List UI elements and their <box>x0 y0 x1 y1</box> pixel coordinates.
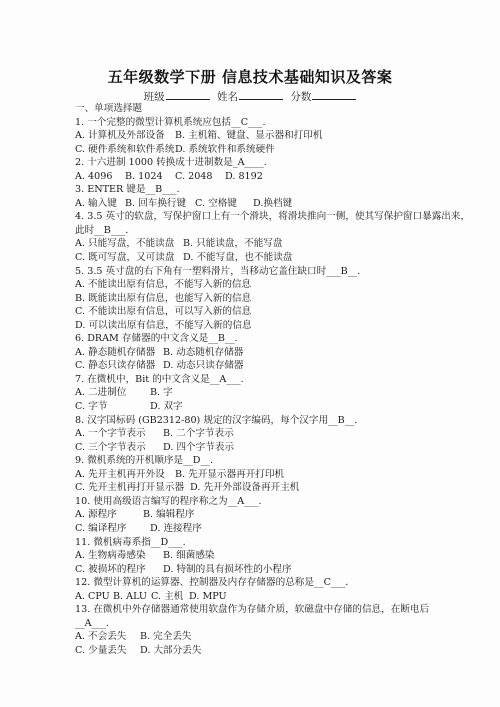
question-text: 微型计算机的运算器、控制器及内存存储器的总称是__C___. <box>93 577 348 588</box>
answer-option: C. 被损坏的程序 <box>75 563 163 577</box>
option-row: B. 既能读出原有信息，也能写入新的信息 <box>75 292 485 306</box>
answer-option: D. 可以读出原有信息，不能写入新的信息 <box>75 319 252 333</box>
option-row: C. 硬件系统和软件系统D. 系统软件和系统硬件 <box>75 143 485 157</box>
answer-option: D. MPU <box>189 590 227 604</box>
answer-option: A. 只能写盘，不能读盘 <box>75 237 183 251</box>
answer-option: C. 字节 <box>75 400 150 414</box>
question-stem: 6. DRAM 存储器的中文含义是__B__. <box>75 332 485 346</box>
question-number: 11. <box>75 537 90 548</box>
question-stem: 1. 一个完整的微型计算机系统应包括__C___. <box>75 116 485 130</box>
question-number: 5. <box>75 266 84 277</box>
answer-option: C. 2048 <box>175 170 225 184</box>
option-row: C. 字节D. 双字 <box>75 400 485 414</box>
answer-option: A. 源程序 <box>75 508 143 522</box>
option-row: A. 计算机及外部设备B. 主机箱、键盘、显示器和打印机 <box>75 129 485 143</box>
question-text-continued: __A___. <box>75 617 485 631</box>
question-number: 6. <box>75 333 84 344</box>
question-number: 4. <box>75 211 84 222</box>
document-title: 五年级数学下册 信息技术基础知识及答案 <box>0 66 500 87</box>
answer-option: D. 四个字节表示 <box>163 441 234 455</box>
answer-option: B. 二个字节表示 <box>163 427 234 441</box>
question-stem: 13. 在微机中外存储器通常使用软盘作为存储介质，软磁盘中存储的信息，在断电后 <box>75 603 485 617</box>
question-number: 12. <box>75 577 90 588</box>
question-text: ENTER 键是__B___. <box>87 184 179 195</box>
answer-option: D. 特制的具有损坏性的小程序 <box>163 563 292 577</box>
answer-option: A. 二进制位 <box>75 386 150 400</box>
answer-option: D. 连接程序 <box>150 522 202 536</box>
question-number: 1. <box>75 117 84 128</box>
answer-option: C. 不能读出原有信息，可以写入新的信息 <box>75 305 251 319</box>
answer-option: B. 字 <box>150 386 173 400</box>
option-row: C. 编译程序D. 连接程序 <box>75 522 485 536</box>
answer-option: D. 不能写盘，也不能读盘 <box>183 251 292 265</box>
answer-option: D. 大部分丢失 <box>140 644 201 658</box>
option-row: C. 既可写盘，又可读盘D. 不能写盘，也不能读盘 <box>75 251 485 265</box>
question-text: 使用高级语言编写的程序称之为__A___. <box>93 496 261 507</box>
answer-option: D. 双字 <box>150 400 183 414</box>
option-row: C. 先开主机再打开显示器D. 先开外部设备再开主机 <box>75 481 485 495</box>
answer-option: A. 4096 <box>75 170 125 184</box>
question-stem: 12. 微型计算机的运算器、控制器及内存存储器的总称是__C___. <box>75 576 485 590</box>
answer-option: B. 编辑程序 <box>143 508 195 522</box>
question-number: 9. <box>75 455 84 466</box>
answer-option: B. 先开显示器再开打印机 <box>175 468 284 482</box>
question-stem: 8. 汉字国标码 (GB2312-80) 规定的汉字编码，每个汉字用__B__. <box>75 414 485 428</box>
answer-option: A. 生物病毒感染 <box>75 549 163 563</box>
option-row: A. 输入键B. 回车换行键C. 空格键D.换档键 <box>75 197 485 211</box>
answer-option: C. 主机 <box>151 590 189 604</box>
answer-option: A. 一个字节表示 <box>75 427 163 441</box>
answer-option: C. 三个字节表示 <box>75 441 163 455</box>
document-page: 五年级数学下册 信息技术基础知识及答案 班级 姓名 分数 一、单项选择题 1. … <box>0 0 500 707</box>
option-row: A. 4096B. 1024C. 2048D. 8192 <box>75 170 485 184</box>
question-stem: 7. 在微机中，Bit 的中文含义是__A___. <box>75 373 485 387</box>
question-number: 13. <box>75 604 90 615</box>
option-row: A. CPUB. ALUC. 主机D. MPU <box>75 590 485 604</box>
answer-option: A. CPU <box>75 590 113 604</box>
option-row: C. 静态只读存储器D. 动态只读存储器 <box>75 359 485 373</box>
option-row: C. 不能读出原有信息，可以写入新的信息 <box>75 305 485 319</box>
answer-option: C. 先开主机再打开显示器 <box>75 481 190 495</box>
answer-option: C. 空格键 <box>195 197 253 211</box>
option-row: A. 一个字节表示B. 二个字节表示 <box>75 427 485 441</box>
answer-option: C. 既可写盘，又可读盘 <box>75 251 183 265</box>
answer-option: C. 少量丢失 <box>75 644 140 658</box>
score-blank <box>312 89 356 100</box>
answer-option: C. 静态只读存储器 <box>75 359 163 373</box>
answer-option: B. 动态随机存储器 <box>163 346 243 360</box>
option-row: A. 只能写盘，不能读盘B. 只能读盘，不能写盘 <box>75 237 485 251</box>
answer-option: B. 细菌感染 <box>163 549 215 563</box>
answer-option: B. 只能读盘，不能写盘 <box>183 237 283 251</box>
question-stem: 5. 3.5 英寸盘的右下角有一塑料滑片，当移动它盖住缺口时___B__. <box>75 265 485 279</box>
answer-option: D.换档键 <box>253 197 292 211</box>
option-row: A. 生物病毒感染B. 细菌感染 <box>75 549 485 563</box>
question-stem: 4. 3.5 英寸的软盘，写保护窗口上有一个滑块，将滑块推向一侧，使其写保护窗口… <box>75 210 485 224</box>
question-text: 微机系统的开机顺序是__D__. <box>87 455 213 466</box>
answer-option: D. 动态只读存储器 <box>163 359 244 373</box>
answer-option: D. 先开外部设备再开主机 <box>190 481 299 495</box>
answer-option: B. 完全丢失 <box>140 630 192 644</box>
option-row: A. 静态随机存储器B. 动态随机存储器 <box>75 346 485 360</box>
answer-option: D. 8192 <box>225 170 263 184</box>
answer-option: C. 编译程序 <box>75 522 150 536</box>
option-row: A. 不能读出原有信息，不能写入新的信息 <box>75 278 485 292</box>
question-text: 十六进制 1000 转换成十进制数是_A____. <box>87 157 267 168</box>
answer-option: B. 既能读出原有信息，也能写入新的信息 <box>75 292 251 306</box>
answer-option: A. 不会丢失 <box>75 630 140 644</box>
question-number: 2. <box>75 157 84 168</box>
question-text: 一个完整的微型计算机系统应包括__C___. <box>87 117 265 128</box>
answer-option: A. 先开主机再开外设 <box>75 468 175 482</box>
question-text-continued: 此时__B___. <box>75 224 485 238</box>
option-row: C. 被损坏的程序D. 特制的具有损坏性的小程序 <box>75 563 485 577</box>
answer-option: C. 硬件系统和软件系统 <box>75 143 175 157</box>
question-stem: 2. 十六进制 1000 转换成十进制数是_A____. <box>75 156 485 170</box>
question-number: 7. <box>75 374 84 385</box>
question-text: 在微机中，Bit 的中文含义是__A___. <box>87 374 244 385</box>
question-list: 一、单项选择题 1. 一个完整的微型计算机系统应包括__C___.A. 计算机及… <box>75 102 485 657</box>
question-number: 10. <box>75 496 90 507</box>
question-number: 3. <box>75 184 84 195</box>
question-text: 汉字国标码 (GB2312-80) 规定的汉字编码，每个汉字用__B__. <box>87 415 357 426</box>
option-row: A. 不会丢失B. 完全丢失 <box>75 630 485 644</box>
option-row: D. 可以读出原有信息，不能写入新的信息 <box>75 319 485 333</box>
class-blank <box>166 89 210 100</box>
question-text: 3.5 英寸的软盘，写保护窗口上有一个滑块，将滑块推向一侧，使其写保护窗口暴露出… <box>87 211 470 222</box>
option-row: A. 源程序B. 编辑程序 <box>75 508 485 522</box>
question-stem: 9. 微机系统的开机顺序是__D__. <box>75 454 485 468</box>
option-row: A. 二进制位B. 字 <box>75 386 485 400</box>
answer-option: D. 系统软件和系统硬件 <box>175 143 275 157</box>
question-text: 3.5 英寸盘的右下角有一塑料滑片，当移动它盖住缺口时___B__. <box>87 266 360 277</box>
answer-option: A. 输入键 <box>75 197 125 211</box>
question-stem: 11. 微机病毒系指__D___. <box>75 536 485 550</box>
answer-option: B. 主机箱、键盘、显示器和打印机 <box>175 129 322 143</box>
answer-option: B. 回车换行键 <box>125 197 195 211</box>
question-text: DRAM 存储器的中文含义是__B__. <box>87 333 237 344</box>
name-blank <box>239 89 283 100</box>
option-row: A. 先开主机再开外设B. 先开显示器再开打印机 <box>75 468 485 482</box>
answer-option: A. 计算机及外部设备 <box>75 129 175 143</box>
question-text: 在微机中外存储器通常使用软盘作为存储介质，软磁盘中存储的信息，在断电后 <box>93 604 429 615</box>
question-text: 微机病毒系指__D___. <box>93 537 185 548</box>
answer-option: B. ALU <box>113 590 151 604</box>
question-stem: 10. 使用高级语言编写的程序称之为__A___. <box>75 495 485 509</box>
answer-option: B. 1024 <box>125 170 175 184</box>
option-row: C. 三个字节表示D. 四个字节表示 <box>75 441 485 455</box>
question-stem: 3. ENTER 键是__B___. <box>75 183 485 197</box>
option-row: C. 少量丢失D. 大部分丢失 <box>75 644 485 658</box>
question-number: 8. <box>75 415 84 426</box>
section-heading: 一、单项选择题 <box>75 102 485 116</box>
answer-option: A. 不能读出原有信息，不能写入新的信息 <box>75 278 251 292</box>
answer-option: A. 静态随机存储器 <box>75 346 163 360</box>
